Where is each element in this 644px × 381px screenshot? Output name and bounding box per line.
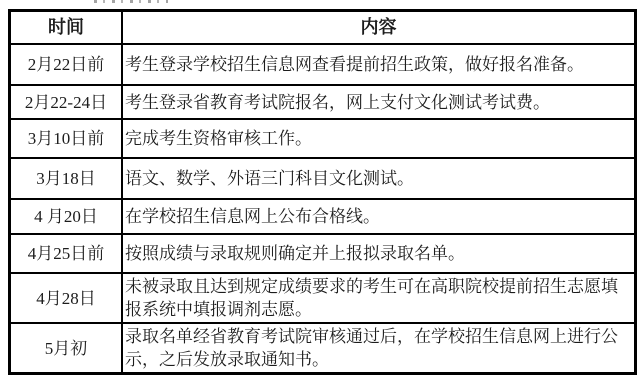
- time-cell: 5月初: [10, 323, 123, 374]
- table-row: 4月28日 未被录取且达到规定成绩要求的考生可在高职院校提前招生志愿填报系统中填…: [10, 273, 636, 323]
- content-cell: 录取名单经省教育考试院审核通过后，在学校招生信息网上进行公示，之后发放录取通知书…: [122, 323, 636, 374]
- table-row: 5月初 录取名单经省教育考试院审核通过后，在学校招生信息网上进行公示，之后发放录…: [10, 323, 636, 374]
- table-row: 2月22-24日 考生登录省教育考试院报名，网上支付文化测试考试费。: [10, 85, 636, 119]
- time-cell: 4 月20日: [10, 199, 123, 234]
- time-cell: 4月28日: [10, 273, 123, 323]
- table-header: 时间 内容: [10, 11, 636, 45]
- header-cell-content: 内容: [122, 11, 636, 45]
- header-cell-time: 时间: [10, 11, 123, 45]
- content-cell: 完成考生资格审核工作。: [122, 119, 636, 158]
- table-row: 4月25日前 按照成绩与录取规则确定并上报拟录取名单。: [10, 234, 636, 273]
- content-cell: 在学校招生信息网上公布合格线。: [122, 199, 636, 234]
- time-cell: 3月10日前: [10, 119, 123, 158]
- cropped-heading-fragment: [94, 0, 168, 3]
- header-row: 时间 内容: [10, 11, 636, 45]
- admission-schedule-table: 时间 内容 2月22日前 考生登录学校招生信息网查看提前招生政策，做好报名准备。…: [8, 9, 637, 375]
- table-row: 3月10日前 完成考生资格审核工作。: [10, 119, 636, 158]
- time-cell: 4月25日前: [10, 234, 123, 273]
- table-row: 4 月20日 在学校招生信息网上公布合格线。: [10, 199, 636, 234]
- content-cell: 按照成绩与录取规则确定并上报拟录取名单。: [122, 234, 636, 273]
- content-cell: 考生登录学校招生信息网查看提前招生政策，做好报名准备。: [122, 44, 636, 85]
- time-cell: 2月22日前: [10, 44, 123, 85]
- content-cell: 语文、数学、外语三门科目文化测试。: [122, 158, 636, 199]
- content-cell: 未被录取且达到规定成绩要求的考生可在高职院校提前招生志愿填报系统中填报调剂志愿。: [122, 273, 636, 323]
- content-cell: 考生登录省教育考试院报名，网上支付文化测试考试费。: [122, 85, 636, 119]
- time-cell: 3月18日: [10, 158, 123, 199]
- page: 时间 内容 2月22日前 考生登录学校招生信息网查看提前招生政策，做好报名准备。…: [0, 0, 644, 381]
- time-cell: 2月22-24日: [10, 85, 123, 119]
- table-row: 2月22日前 考生登录学校招生信息网查看提前招生政策，做好报名准备。: [10, 44, 636, 85]
- table-row: 3月18日 语文、数学、外语三门科目文化测试。: [10, 158, 636, 199]
- table-body: 2月22日前 考生登录学校招生信息网查看提前招生政策，做好报名准备。 2月22-…: [10, 44, 636, 374]
